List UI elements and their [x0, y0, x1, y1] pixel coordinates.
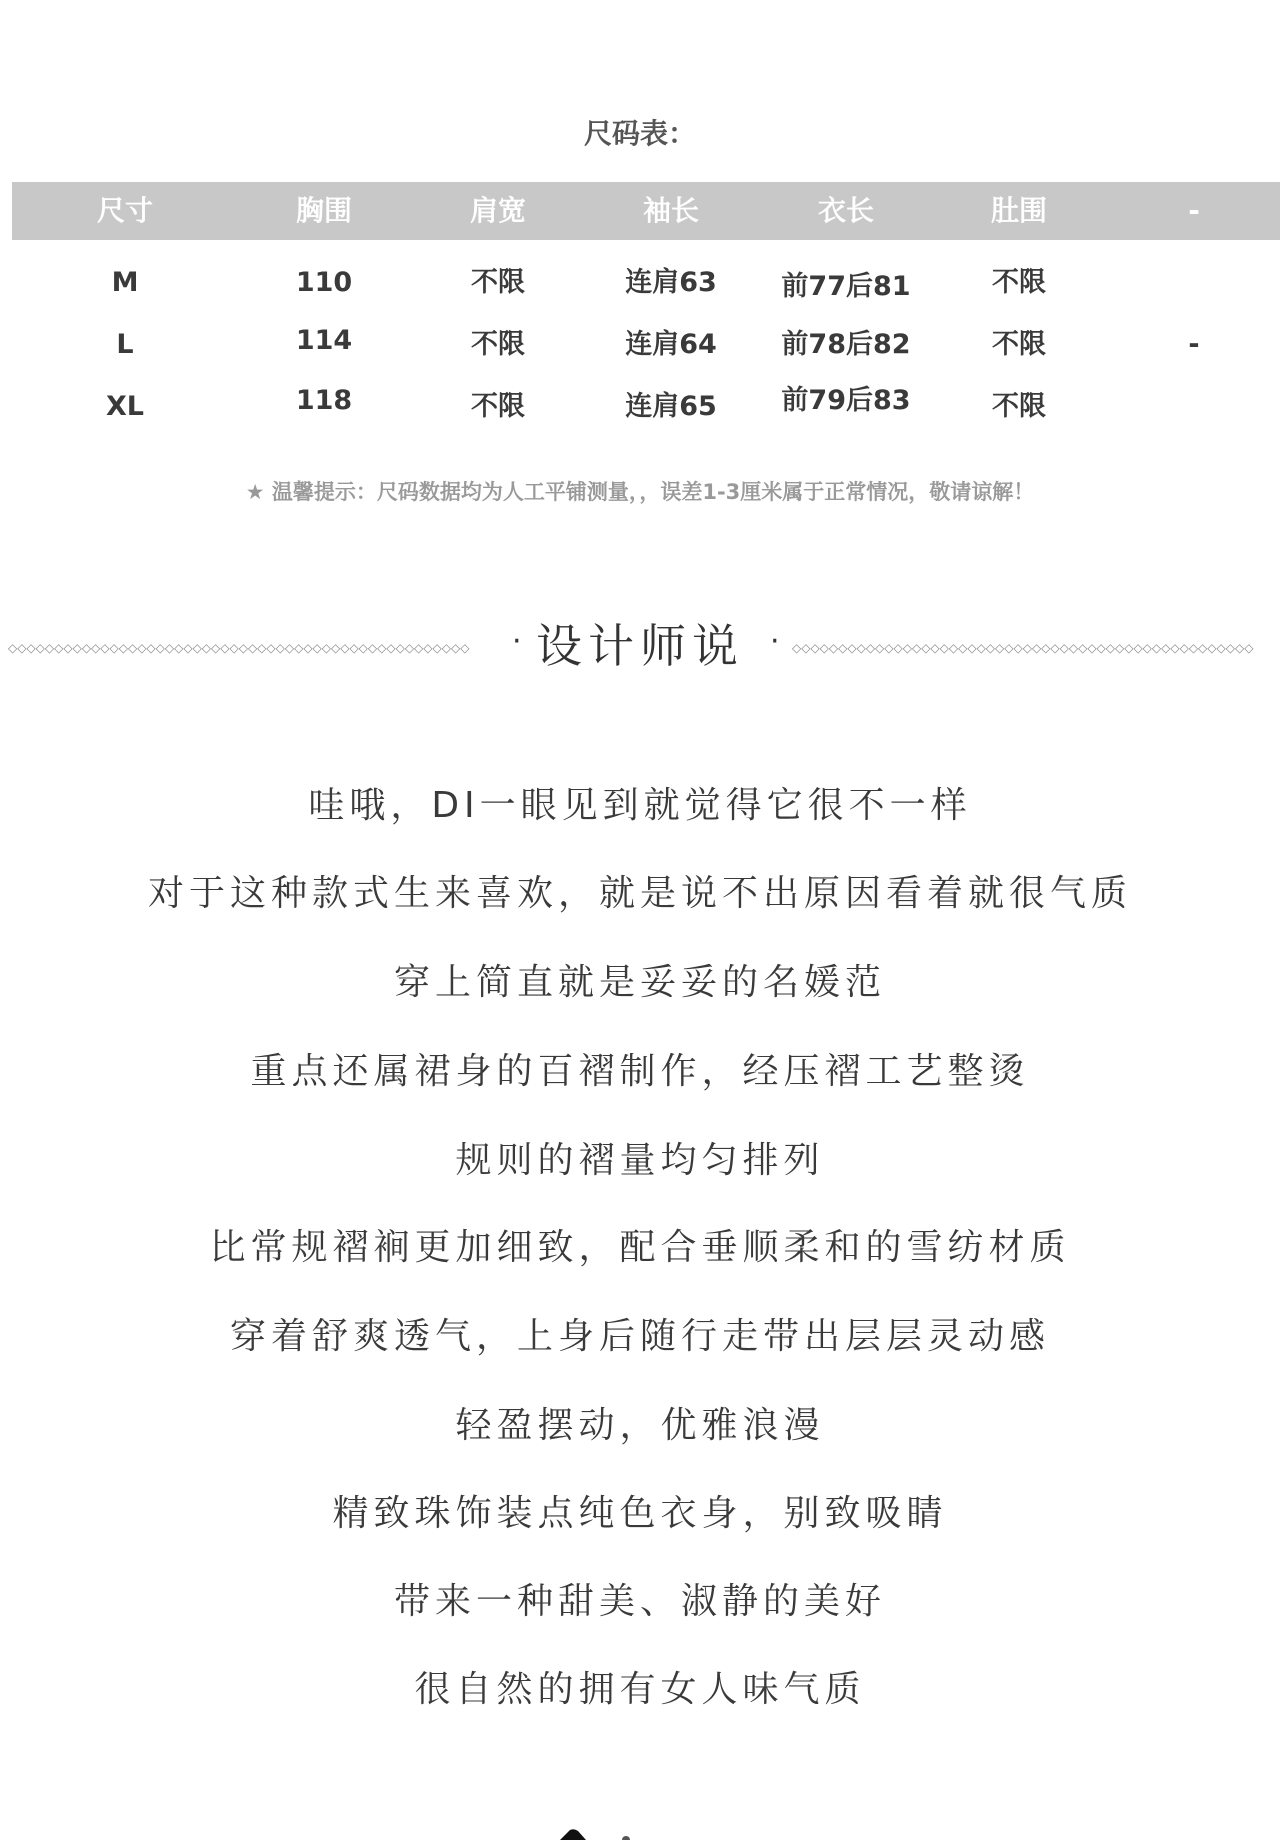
header-size: 尺寸	[55, 194, 195, 228]
designer-line: 重点还属裙身的百褶制作，经压褶工艺整烫	[0, 1050, 1280, 1094]
cell-chest: 110	[254, 266, 394, 300]
table-row: L 114 不限 连肩64 前78后82 不限 -	[0, 328, 1280, 378]
cell-waist: 不限	[949, 390, 1089, 424]
size-table-header: 尺寸 胸围 肩宽 袖长 衣长 肚围 -	[12, 182, 1280, 240]
cell-length: 前79后83	[776, 384, 916, 418]
cell-length: 前77后81	[776, 270, 916, 304]
cell-sleeve: 连肩65	[601, 390, 741, 424]
designer-line: 对于这种款式生来喜欢，就是说不出原因看着就很气质	[0, 872, 1280, 916]
header-chest: 胸围	[254, 194, 394, 228]
designer-line: 精致珠饰装点纯色衣身，别致吸睛	[0, 1492, 1280, 1536]
cell-size: L	[55, 328, 195, 362]
header-waist: 肚围	[949, 194, 1089, 228]
cell-size: XL	[55, 390, 195, 424]
cell-waist: 不限	[949, 328, 1089, 362]
designer-line: 规则的褶量均匀排列	[0, 1139, 1280, 1183]
designer-line: 穿上简直就是妥妥的名媛范	[0, 961, 1280, 1005]
cell-waist: 不限	[949, 266, 1089, 300]
cell-chest: 114	[254, 324, 394, 358]
header-extra: -	[1124, 194, 1264, 228]
header-shoulder: 肩宽	[428, 194, 568, 228]
cell-extra: -	[1124, 328, 1264, 362]
cell-length: 前78后82	[776, 328, 916, 362]
product-image-fragment	[560, 1828, 630, 1840]
designer-line: 轻盈摆动，优雅浪漫	[0, 1404, 1280, 1448]
cell-shoulder: 不限	[428, 266, 568, 300]
designer-line: 比常规褶裥更加细致，配合垂顺柔和的雪纺材质	[0, 1226, 1280, 1270]
cell-sleeve: 连肩64	[601, 328, 741, 362]
table-row: XL 118 不限 连肩65 前79后83 不限	[0, 390, 1280, 440]
cell-shoulder: 不限	[428, 390, 568, 424]
header-length: 衣长	[776, 194, 916, 228]
table-row: M 110 不限 连肩63 前77后81 不限	[0, 266, 1280, 316]
cell-shoulder: 不限	[428, 328, 568, 362]
cell-chest: 118	[254, 384, 394, 418]
designer-line: 哇哦，DI一眼见到就觉得它很不一样	[0, 784, 1280, 828]
designer-line: 穿着舒爽透气，上身后随行走带出层层灵动感	[0, 1315, 1280, 1359]
header-sleeve: 袖长	[601, 194, 741, 228]
designer-line: 带来一种甜美、淑静的美好	[0, 1580, 1280, 1624]
dot-right: ·	[770, 624, 780, 659]
designer-line: 很自然的拥有女人味气质	[0, 1668, 1280, 1712]
size-chart-title: 尺码表：	[0, 112, 1280, 152]
diamond-ornament-right: ◇◇◇◇◇◇◇◇◇◇◇◇◇◇◇◇◇◇◇◇◇◇◇◇◇◇◇◇◇◇◇◇◇◇◇◇◇◇◇◇…	[792, 642, 1272, 654]
size-notice: ★ 温馨提示：尺码数据均为人工平铺测量，，误差1-3厘米属于正常情况，敬请谅解！	[0, 476, 1280, 506]
cell-size: M	[55, 266, 195, 300]
designer-section-divider: ◇◇◇◇◇◇◇◇◇◇◇◇◇◇◇◇◇◇◇◇◇◇◇◇◇◇◇◇◇◇◇◇◇◇◇◇◇◇◇◇…	[0, 620, 1280, 670]
cell-sleeve: 连肩63	[601, 266, 741, 300]
